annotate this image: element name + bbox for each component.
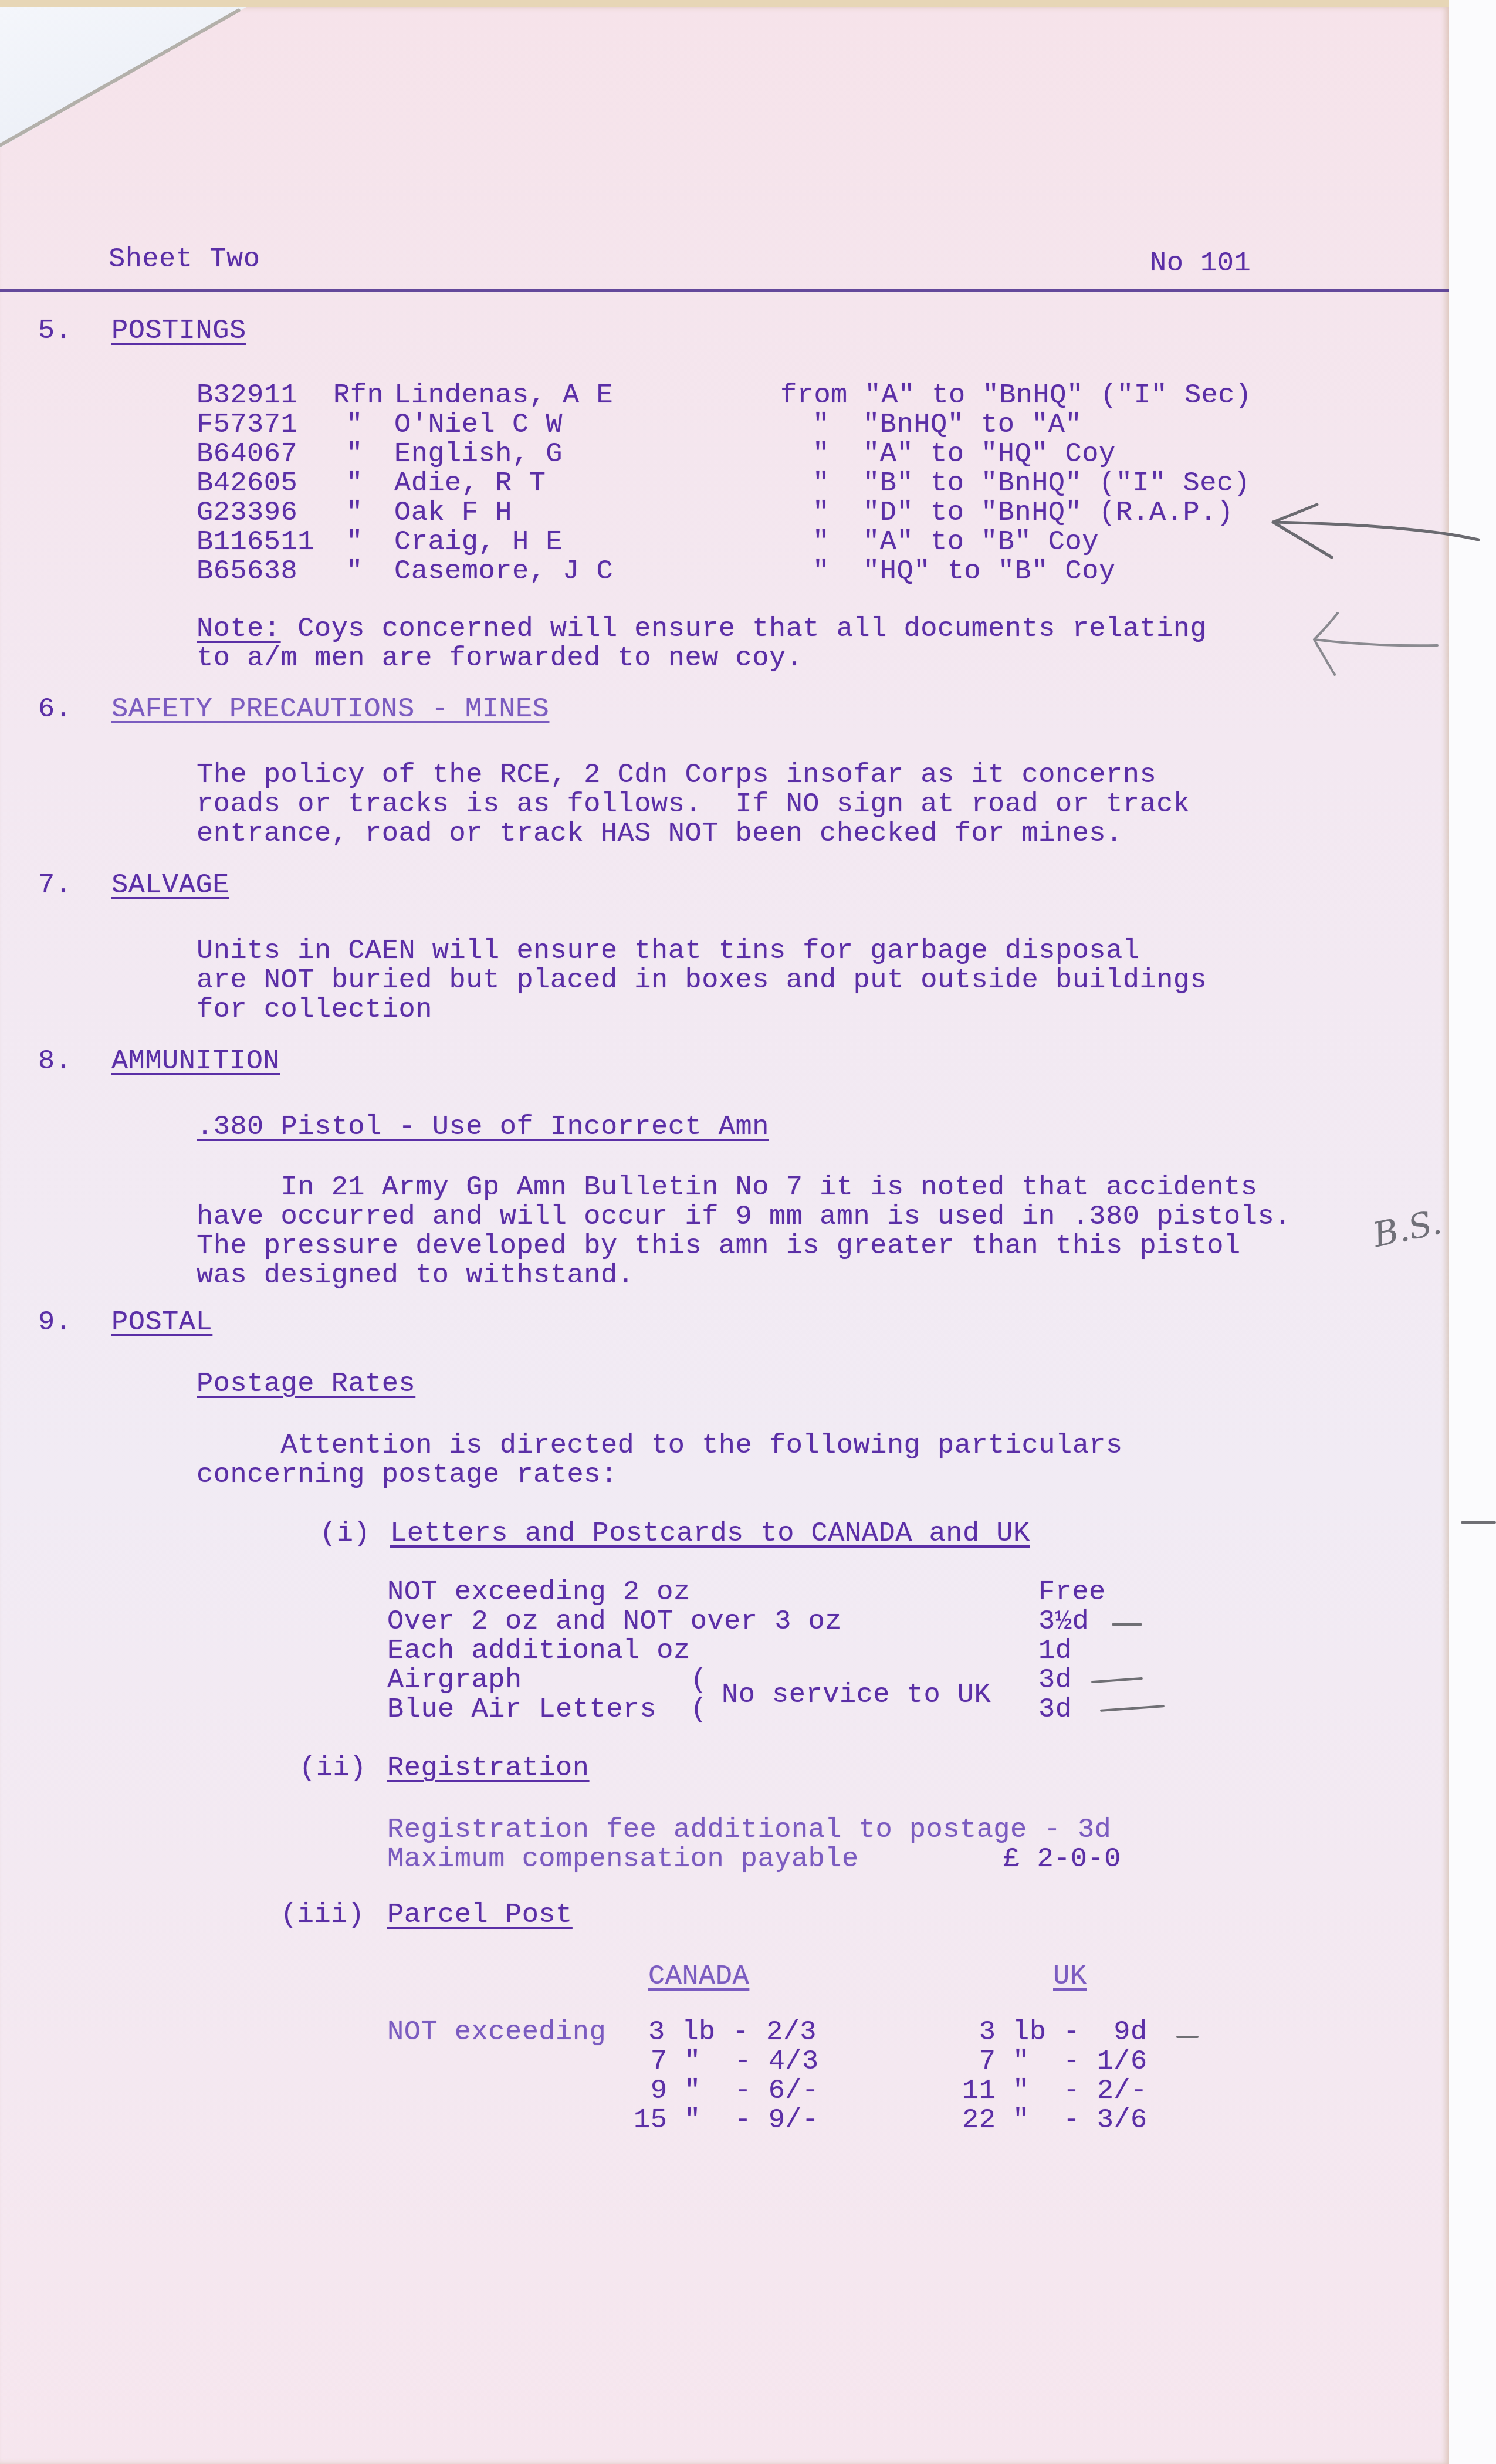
column-header-uk: UK xyxy=(1053,1962,1087,1992)
paragraph-line: roads or tracks is as follows. If NO sig… xyxy=(197,790,1190,820)
pencil-arrow-icon xyxy=(1261,499,1484,563)
canada-rate: 15 " - 9/- xyxy=(634,2106,819,2135)
section-heading-postings: POSTINGS xyxy=(111,317,246,346)
posting-move: " "HQ" to "B" Coy xyxy=(813,557,1116,587)
posting-move: " "D" to "BnHQ" (R.A.P.) xyxy=(813,499,1234,528)
posting-rank: " xyxy=(346,411,363,440)
note-text-line2: to a/m men are forwarded to new coy. xyxy=(197,644,803,673)
rate-value: 3d xyxy=(1038,1695,1072,1725)
paragraph-line: The pressure developed by this amn is gr… xyxy=(197,1232,1241,1261)
posting-number: B32911 xyxy=(197,381,297,411)
subheading-parcel-post: Parcel Post xyxy=(387,1901,573,1930)
uk-rate: 7 " - 1/6 xyxy=(962,2047,1148,2077)
posting-number: B65638 xyxy=(197,557,297,587)
rate-item: Over 2 oz and NOT over 3 oz xyxy=(387,1607,842,1637)
header-rule xyxy=(0,289,1449,292)
posting-name: English, G xyxy=(394,440,563,469)
posting-name: Lindenas, A E xyxy=(394,381,613,411)
canada-rate: 9 " - 6/- xyxy=(634,2077,819,2106)
rate-item: Airgraph ( xyxy=(387,1666,707,1695)
compensation-label: Maximum compensation payable xyxy=(387,1845,859,1874)
posting-rank: " xyxy=(346,499,363,528)
paragraph-line: Attention is directed to the following p… xyxy=(197,1431,1123,1461)
paragraph-line: Units in CAEN will ensure that tins for … xyxy=(197,937,1139,966)
subsection-number: (i) xyxy=(320,1519,370,1549)
posting-rank: " xyxy=(346,469,363,499)
canada-rate: 7 " - 4/3 xyxy=(634,2047,819,2077)
subsection-number: (iii) xyxy=(280,1901,365,1930)
posting-name: Adie, R T xyxy=(394,469,546,499)
rate-item: Each additional oz xyxy=(387,1637,691,1666)
section-number: 5. xyxy=(38,317,72,346)
section-heading-postal: POSTAL xyxy=(111,1308,212,1338)
posting-rank: Rfn xyxy=(333,381,384,411)
section-number: 8. xyxy=(38,1047,72,1077)
pencil-arrow-icon xyxy=(1302,610,1443,681)
paragraph-line: concerning postage rates: xyxy=(197,1461,618,1490)
scan-top-edge xyxy=(0,0,1496,7)
paragraph-line: The policy of the RCE, 2 Cdn Corps insof… xyxy=(197,761,1156,790)
posting-move: " "A" to "B" Coy xyxy=(813,528,1099,557)
rate-item: NOT exceeding 2 oz xyxy=(387,1578,691,1607)
paragraph-line: In 21 Army Gp Amn Bulletin No 7 it is no… xyxy=(197,1173,1257,1203)
posting-number: B42605 xyxy=(197,469,297,499)
posting-number: G23396 xyxy=(197,499,297,528)
pencil-margin-mark xyxy=(1461,1521,1496,1524)
posting-number: F57371 xyxy=(197,411,297,440)
paragraph-line: entrance, road or track HAS NOT been che… xyxy=(197,820,1123,849)
section-heading-safety: SAFETY PRECAUTIONS - MINES xyxy=(111,695,549,725)
posting-rank: " xyxy=(346,557,363,587)
subheading-letters: Letters and Postcards to CANADA and UK xyxy=(390,1519,1030,1549)
posting-name: O'Niel C W xyxy=(394,411,563,440)
bracket-note: No service to UK xyxy=(722,1681,991,1710)
uk-rate: 11 " - 2/- xyxy=(962,2077,1148,2106)
section-number: 7. xyxy=(38,871,72,901)
posting-move: " "BnHQ" to "A" xyxy=(813,411,1082,440)
posting-number: B116511 xyxy=(197,528,314,557)
paragraph-line: was designed to withstand. xyxy=(197,1261,634,1291)
note-text: Coys concerned will ensure that all docu… xyxy=(281,614,1207,645)
paragraph-line: have occurred and will occur if 9 mm amn… xyxy=(197,1203,1291,1232)
rate-value: Free xyxy=(1038,1578,1106,1607)
posting-rank: " xyxy=(346,528,363,557)
subheading-pistol: .380 Pistol - Use of Incorrect Amn xyxy=(197,1113,769,1142)
pencil-tick-mark xyxy=(1176,2036,1199,2038)
posting-move: from "A" to "BnHQ" ("I" Sec) xyxy=(780,381,1252,411)
posting-rank: " xyxy=(346,440,363,469)
parcel-row-label: NOT exceeding xyxy=(387,2018,606,2047)
posting-name: Craig, H E xyxy=(394,528,563,557)
section-number: 6. xyxy=(38,695,72,725)
sheet-label: Sheet Two xyxy=(109,245,260,275)
section-heading-salvage: SALVAGE xyxy=(111,871,229,901)
posting-move: " "A" to "HQ" Coy xyxy=(813,440,1116,469)
paragraph-line: for collection xyxy=(197,996,432,1025)
posting-name: Oak F H xyxy=(394,499,512,528)
compensation-value: £ 2-0-0 xyxy=(1003,1845,1121,1874)
rate-item: Blue Air Letters ( xyxy=(387,1695,707,1725)
posting-number: B64067 xyxy=(197,440,297,469)
canada-rate: 3 lb - 2/3 xyxy=(648,2018,817,2047)
section-number: 9. xyxy=(38,1308,72,1338)
sheet-number: No 101 xyxy=(1150,249,1251,279)
rate-value: 1d xyxy=(1038,1637,1072,1666)
posting-move: " "B" to "BnHQ" ("I" Sec) xyxy=(813,469,1250,499)
posting-note: Note: Coys concerned will ensure that al… xyxy=(197,615,1207,644)
uk-rate: 3 lb - 9d xyxy=(962,2018,1148,2047)
uk-rate: 22 " - 3/6 xyxy=(962,2106,1148,2135)
pencil-tick-mark xyxy=(1112,1623,1142,1626)
rate-value: 3d xyxy=(1038,1666,1072,1695)
paragraph-line: are NOT buried but placed in boxes and p… xyxy=(197,966,1207,996)
rate-value: 3½d xyxy=(1038,1607,1089,1637)
scan-right-margin xyxy=(1449,0,1496,2464)
note-label: Note: xyxy=(197,614,281,645)
subsection-number: (ii) xyxy=(299,1754,367,1783)
section-heading-ammunition: AMMUNITION xyxy=(111,1047,280,1077)
column-header-canada: CANADA xyxy=(648,1962,749,1992)
posting-name: Casemore, J C xyxy=(394,557,613,587)
subheading-postage-rates: Postage Rates xyxy=(197,1370,415,1399)
subheading-registration: Registration xyxy=(387,1754,589,1783)
registration-fee: Registration fee additional to postage -… xyxy=(387,1816,1111,1845)
